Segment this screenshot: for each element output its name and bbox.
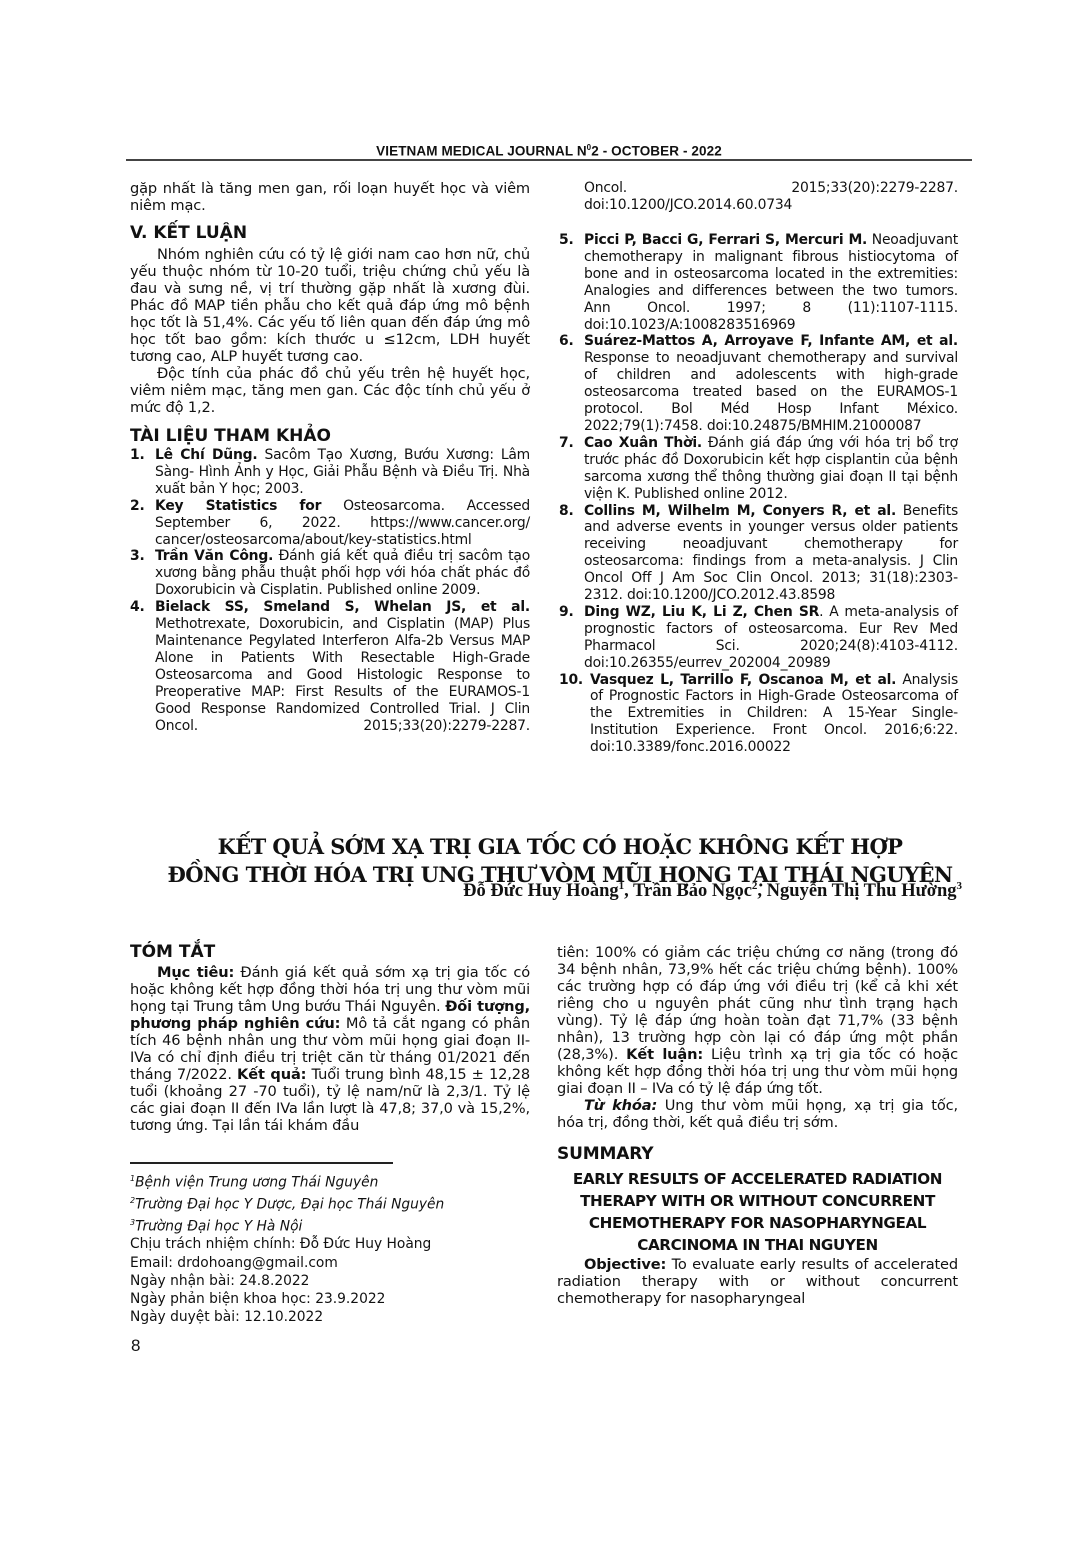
abstract-left-column: TÓM TẮT Mục tiêu: Đánh giá kết quả sớm x… (130, 944, 530, 1134)
footnote-divider (130, 1162, 393, 1164)
reference-item: 8.Collins M, Wilhelm M, Conyers R, et al… (559, 503, 958, 604)
reference-item-continued: Bielack SS, Smeland S, Whelan JS, et al.… (559, 181, 958, 232)
article-title-line-1: KẾT QUẢ SỚM XẠ TRỊ GIA TỐC CÓ HOẶC KHÔNG… (140, 833, 980, 861)
conclusion-heading: V. KẾT LUẬN (130, 225, 530, 242)
summary-objective: Objective: To evaluate early results of … (557, 1256, 958, 1307)
email[interactable]: Email: drdohoang@gmail.com (130, 1254, 530, 1272)
footnotes: 1Bệnh viện Trung ương Thái Nguyên 2Trườn… (130, 1170, 530, 1326)
reference-list-right: 5.Picci P, Bacci G, Ferrari S, Mercuri M… (559, 232, 958, 756)
affiliation-3: 3Trường Đại học Y Hà Nội (130, 1214, 530, 1236)
corresponding-author: Chịu trách nhiệm chính: Đỗ Đức Huy Hoàng (130, 1235, 530, 1253)
header-rule (126, 159, 972, 161)
previous-article-left-column: gặp nhất là tăng men gan, rối loạn huyết… (130, 180, 530, 735)
summary-heading: SUMMARY (557, 1146, 958, 1163)
conclusion-paragraph-1: Nhóm nghiên cứu có tỷ lệ giới nam cao hơ… (130, 246, 530, 365)
reference-item: 10.Vasquez L, Tarrillo F, Oscanoa M, et … (559, 672, 958, 757)
keywords: Từ khóa: Ung thư vòm mũi họng, xạ trị gi… (557, 1097, 958, 1131)
reference-item: 9.Ding WZ, Liu K, Li Z, Chen SR. A meta-… (559, 604, 958, 672)
journal-issue: 2 - OCTOBER - 2022 (591, 144, 722, 159)
review-date: Ngày phản biện khoa học: 23.9.2022 (130, 1290, 530, 1308)
references-heading: TÀI LIỆU THAM KHẢO (130, 428, 530, 445)
previous-article-right-column: Bielack SS, Smeland S, Whelan JS, et al.… (559, 181, 958, 756)
accepted-date: Ngày duyệt bài: 12.10.2022 (130, 1308, 530, 1326)
reference-item: 1.Lê Chí Dũng. Sacôm Tạo Xương, Bướu Xươ… (130, 447, 530, 498)
journal-name: VIETNAM MEDICAL JOURNAL N (376, 144, 587, 159)
affiliation-2: 2Trường Đại học Y Dược, Đại học Thái Ngu… (130, 1192, 530, 1214)
reference-item: 6.Suárez-Mattos A, Arroyave F, Infante A… (559, 333, 958, 434)
reference-item: 4.Bielack SS, Smeland S, Whelan JS, et a… (130, 599, 530, 735)
author-name: Nguyễn Thị Thu Hường (767, 881, 957, 901)
reference-list-left: 1.Lê Chí Dũng. Sacôm Tạo Xương, Bướu Xươ… (130, 447, 530, 735)
received-date: Ngày nhận bài: 24.8.2022 (130, 1272, 530, 1290)
abstract-right-column: tiên: 100% có giảm các triệu chứng cơ nă… (557, 944, 958, 1307)
author-line: Đỗ Đức Huy Hoàng1, Trần Bảo Ngọc2, Nguyễ… (463, 880, 962, 902)
page-number: 8 (131, 1336, 140, 1356)
abstract-heading: TÓM TẮT (130, 944, 530, 961)
summary-title: EARLY RESULTS OF ACCELERATED RADIATION T… (557, 1168, 958, 1256)
affiliation-1: 1Bệnh viện Trung ương Thái Nguyên (130, 1170, 530, 1192)
abstract-results-continued: tiên: 100% có giảm các triệu chứng cơ nă… (557, 944, 958, 1097)
author-name: Trần Bảo Ngọc (633, 881, 752, 901)
reference-item: 7.Cao Xuân Thời. Đánh giá đáp ứng với hó… (559, 435, 958, 503)
conclusion-paragraph-2: Độc tính của phác đồ chủ yếu trên hệ huy… (130, 365, 530, 416)
author-name: Đỗ Đức Huy Hoàng (463, 881, 619, 901)
carryover-paragraph: gặp nhất là tăng men gan, rối loạn huyết… (130, 180, 530, 214)
running-header: VIETNAM MEDICAL JOURNAL N02 - OCTOBER - … (126, 143, 972, 159)
abstract-paragraph: Mục tiêu: Đánh giá kết quả sớm xạ trị gi… (130, 964, 530, 1134)
reference-item: 5.Picci P, Bacci G, Ferrari S, Mercuri M… (559, 232, 958, 333)
reference-item: 2.Key Statistics for Osteosarcoma. Acces… (130, 498, 530, 549)
reference-item: 3.Trần Văn Công. Đánh giá kết quả điều t… (130, 548, 530, 599)
affiliation-marker: 3 (957, 880, 963, 892)
